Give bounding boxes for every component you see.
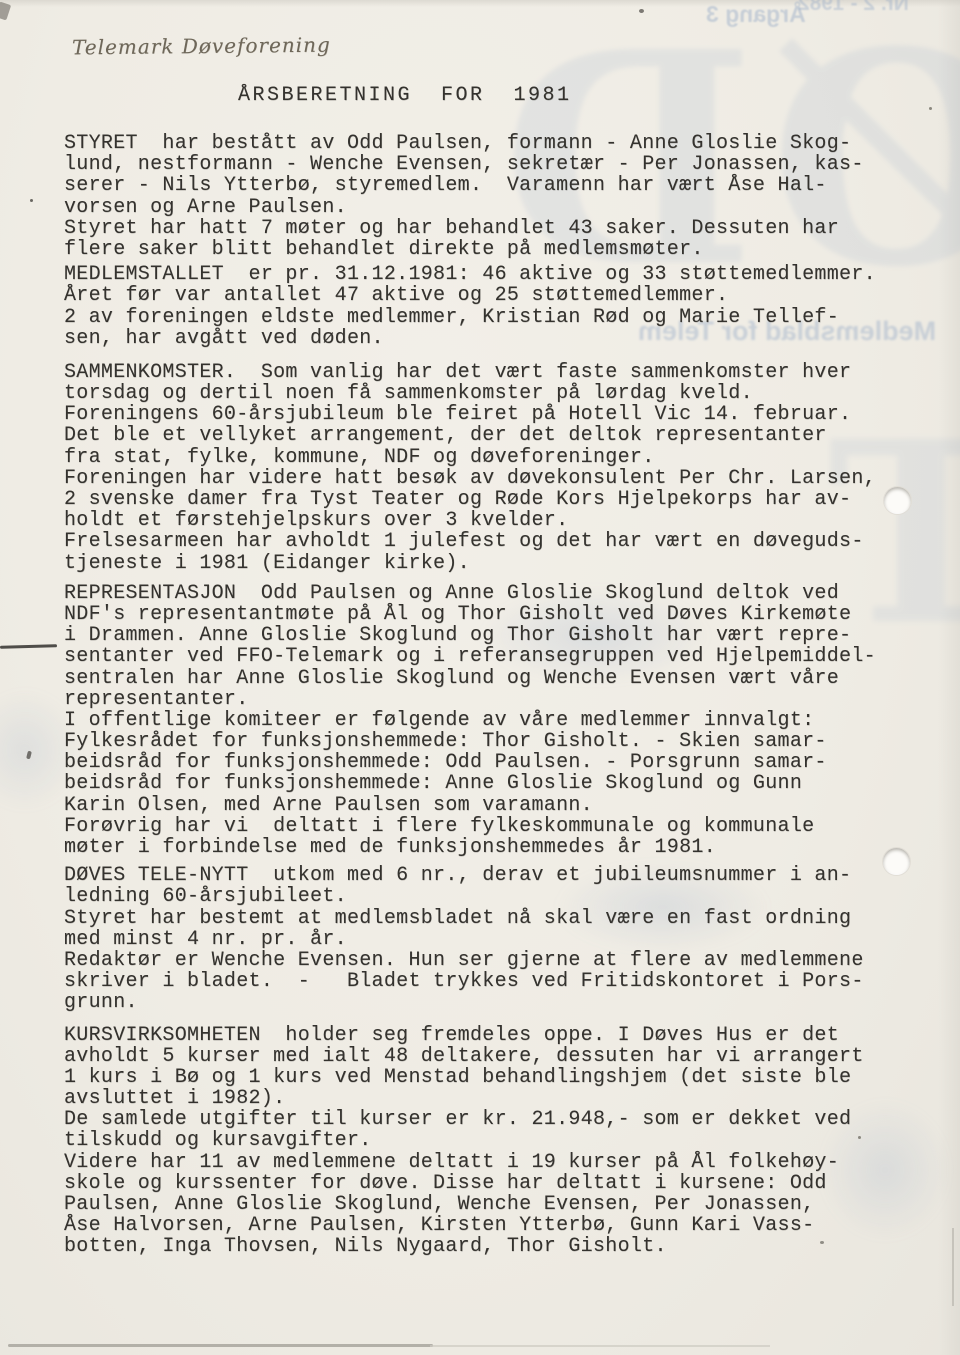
document-title: ÅRSBERETNING FOR 1981 xyxy=(238,84,572,107)
text-line: sen, har avgått ved døden. xyxy=(64,328,924,349)
text-line: Foreningen har videre hatt besøk av døve… xyxy=(64,468,924,489)
text-line: Det ble et vellyket arrangement, der det… xyxy=(64,425,924,446)
text-line: torsdag og dertil noen få sammenkomster … xyxy=(64,383,924,404)
text-line: avholdt 5 kurser med ialt 48 deltakere, … xyxy=(64,1046,924,1067)
text-line: møter i forbindelse med de funksjonshemm… xyxy=(64,837,924,858)
text-line: Frelsesarmeen har avholdt 1 julefest og … xyxy=(64,531,924,552)
paragraph-sammenkomster: SAMMENKOMSTER. Som vanlig har det vært f… xyxy=(64,362,924,574)
pencil-margin-tick xyxy=(26,751,32,760)
text-line: STYRET har bestått av Odd Paulsen, forma… xyxy=(64,133,924,154)
bleed-issue-line: Nr. 2 - 1982 xyxy=(798,0,909,16)
text-line: lund, nestformann - Wenche Evensen, sekr… xyxy=(64,154,924,175)
text-line: I offentlige komiteer er følgende av vår… xyxy=(64,710,924,731)
text-line: i Drammen. Anne Gloslie Skoglund og Thor… xyxy=(64,625,924,646)
text-line: Forøvrig har vi deltatt i flere fylkesko… xyxy=(64,816,924,837)
organization-script-logo: Telemark Døveforening xyxy=(72,33,331,60)
paragraph-doves-tele-nytt: DØVES TELE-NYTT utkom med 6 nr., derav e… xyxy=(64,865,924,1013)
paper-speck xyxy=(639,9,644,13)
scan-edge-shadow xyxy=(8,1344,433,1347)
text-line: vorsen og Arne Paulsen. xyxy=(64,197,924,218)
text-line: Videre har 11 av medlemmene deltatt i 19… xyxy=(64,1152,924,1173)
text-line: Karin Olsen, med Arne Paulsen som varama… xyxy=(64,795,924,816)
text-line: MEDLEMSTALLET er pr. 31.12.1981: 46 akti… xyxy=(64,264,924,285)
text-line: Styret har hatt 7 møter og har behandlet… xyxy=(64,218,924,239)
text-line: Foreningens 60-årsjubileum ble feiret på… xyxy=(64,404,924,425)
scan-edge-line xyxy=(952,1228,954,1306)
text-line: NDF's representantmøte på Ål og Thor Gis… xyxy=(64,604,924,625)
text-line: beidsråd for funksjonshemmede: Anne Glos… xyxy=(64,773,924,794)
text-line: KURSVIRKSOMHETEN holder seg fremdeles op… xyxy=(64,1025,924,1046)
paper-speck xyxy=(30,199,33,202)
text-line: tilskudd og kursavgifter. xyxy=(64,1130,924,1151)
text-line: tjeneste i 1981 (Eidanger kirke). xyxy=(64,553,924,574)
text-line: ledning 60-årsjubileet. xyxy=(64,886,924,907)
scan-edge-shadow xyxy=(430,1345,770,1347)
paragraph-styret: STYRET har bestått av Odd Paulsen, forma… xyxy=(64,133,924,260)
text-line: Året før var antallet 47 aktive og 25 st… xyxy=(64,285,924,306)
paragraph-kursvirksomheten: KURSVIRKSOMHETEN holder seg fremdeles op… xyxy=(64,1025,924,1258)
text-line: Fylkesrådet for funksjonshemmede: Thor G… xyxy=(64,731,924,752)
scanned-document-page: ØD T Årgang 3 Nr. 2 - 1982 Medlemsblad f… xyxy=(0,0,960,1355)
bleed-volume-line: Årgang 3 xyxy=(706,1,806,28)
text-line: sentralen har Anne Gloslie Skoglund og W… xyxy=(64,668,924,689)
text-line: 1 kurs i Bø og 1 kurs ved Menstad behand… xyxy=(64,1067,924,1088)
text-line: De samlede utgifter til kurser er kr. 21… xyxy=(64,1109,924,1130)
text-line: avsluttet i 1982). xyxy=(64,1088,924,1109)
pencil-margin-dash xyxy=(0,644,57,648)
paragraph-representasjon: REPRESENTASJON Odd Paulsen og Anne Glosl… xyxy=(64,583,924,858)
text-line: skole og kurssenter for døve. Disse har … xyxy=(64,1173,924,1194)
text-line: Styret har bestemt at medlemsbladet nå s… xyxy=(64,908,924,929)
text-line: grunn. xyxy=(64,992,924,1013)
text-line: serer - Nils Ytterbø, styremedlem. Varam… xyxy=(64,175,924,196)
text-line: Paulsen, Anne Gloslie Skoglund, Wenche E… xyxy=(64,1194,924,1215)
text-line: REPRESENTASJON Odd Paulsen og Anne Glosl… xyxy=(64,583,924,604)
text-line: holdt et førstehjelpskurs over 3 kvelder… xyxy=(64,510,924,531)
text-line: DØVES TELE-NYTT utkom med 6 nr., derav e… xyxy=(64,865,924,886)
text-line: skriver i bladet. - Bladet trykkes ved F… xyxy=(64,971,924,992)
text-line: sentanter ved FFO-Telemark og i referans… xyxy=(64,646,924,667)
document-body: STYRET har bestått av Odd Paulsen, forma… xyxy=(64,133,924,1280)
paper-speck xyxy=(929,107,932,110)
text-line: Redaktør er Wenche Evensen. Hun ser gjer… xyxy=(64,950,924,971)
paragraph-medlemstallet: MEDLEMSTALLET er pr. 31.12.1981: 46 akti… xyxy=(64,264,924,349)
text-line: SAMMENKOMSTER. Som vanlig har det vært f… xyxy=(64,362,924,383)
scan-corner-mark xyxy=(0,2,11,21)
text-line: botten, Inga Thovsen, Nils Nygaard, Thor… xyxy=(64,1236,924,1257)
text-line: Åse Halvorsen, Arne Paulsen, Kirsten Ytt… xyxy=(64,1215,924,1236)
text-line: beidsråd for funksjonshemmede: Odd Pauls… xyxy=(64,752,924,773)
text-line: 2 svenske damer fra Tyst Teater og Røde … xyxy=(64,489,924,510)
text-line: 2 av foreningen eldste medlemmer, Kristi… xyxy=(64,307,924,328)
text-line: med minst 4 nr. pr. år. xyxy=(64,929,924,950)
text-line: fra stat, fylke, kommune, NDF og døvefor… xyxy=(64,447,924,468)
text-line: representanter. xyxy=(64,689,924,710)
text-line: flere saker blitt behandlet direkte på m… xyxy=(64,239,924,260)
